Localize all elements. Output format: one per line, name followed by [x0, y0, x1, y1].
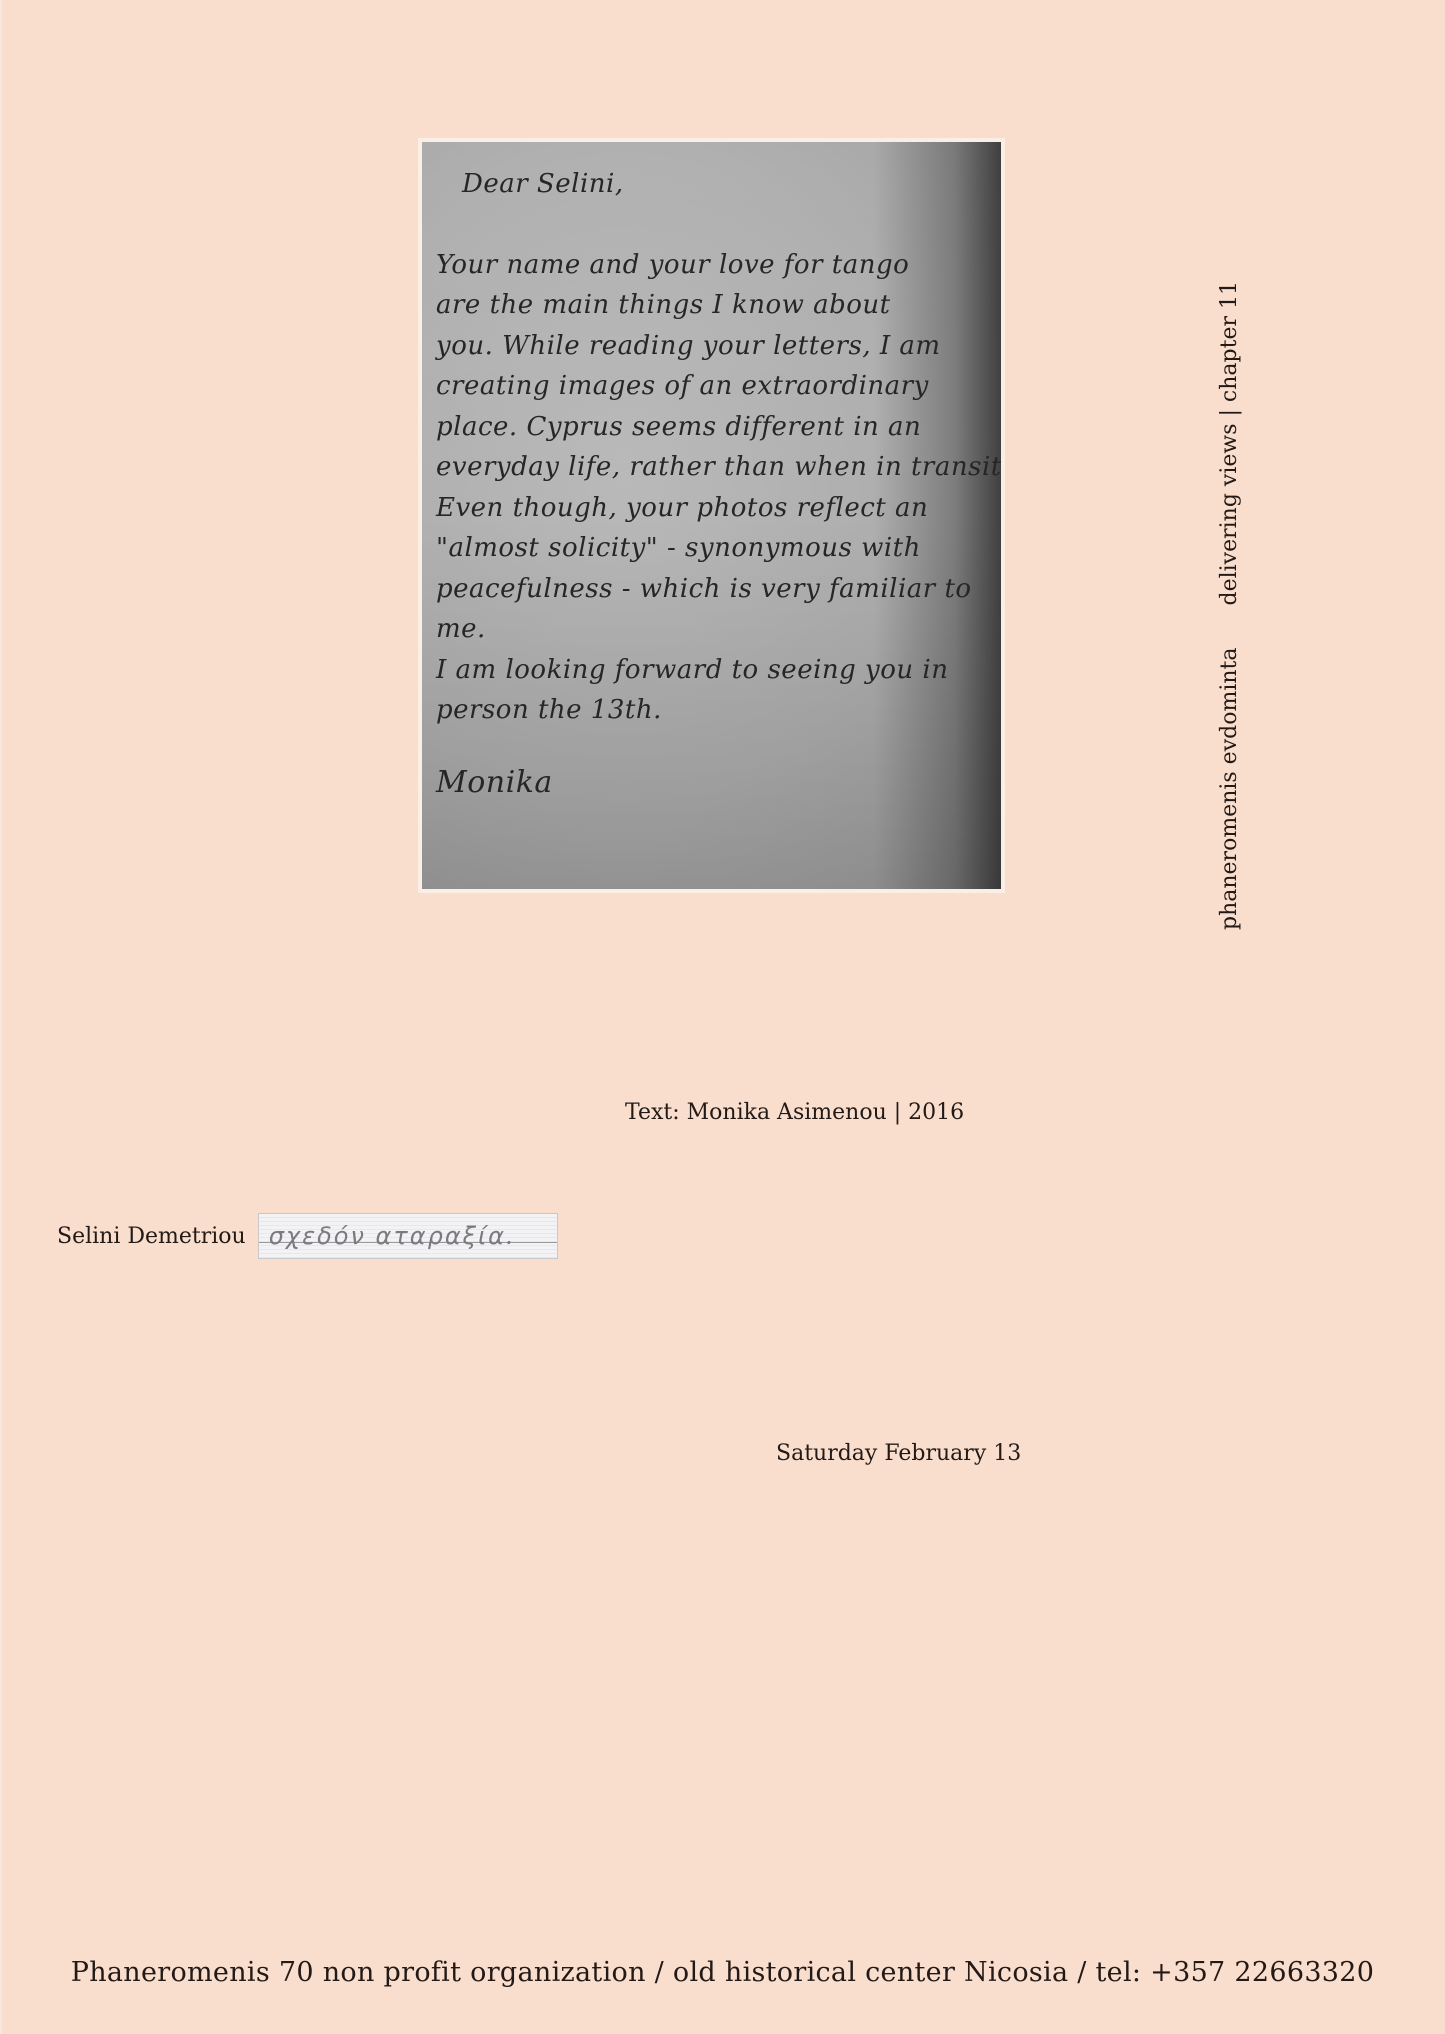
running-head: phaneromenis evdominta delivering views …	[1213, 280, 1253, 930]
letter-salutation: Dear Selini,	[462, 164, 1001, 205]
letter-line: are the main things I know about	[436, 285, 1001, 326]
letter-line: place. Cyprus seems different in an	[436, 407, 1001, 448]
letter-line: me.	[436, 609, 1001, 650]
event-date: Saturday February 13	[776, 1441, 1021, 1466]
letter-line: you. While reading your letters, I am	[436, 326, 1001, 367]
letter-line: Your name and your love for tango	[436, 245, 1001, 286]
letter-signature: Monika	[436, 763, 1001, 804]
letter-line: "almost solicity" - synonymous with	[436, 528, 1001, 569]
letter-line: person the 13th.	[436, 690, 1001, 731]
footer-contact: Phaneromenis 70 non profit organization …	[0, 1957, 1445, 1988]
text-credit: Text: Monika Asimenou | 2016	[625, 1100, 964, 1125]
author-row: Selini Demetriou σχεδόν αταραξία.	[57, 1213, 558, 1259]
running-head-publication: phaneromenis evdominta	[1217, 648, 1242, 931]
letter-photo: Dear Selini, Your name and your love for…	[418, 138, 1005, 893]
author-name: Selini Demetriou	[57, 1224, 246, 1249]
handwritten-greek-clip: σχεδόν αταραξία.	[258, 1213, 558, 1259]
letter-line: Even though, your photos reflect an	[436, 488, 1001, 529]
letter-photo-image: Dear Selini, Your name and your love for…	[422, 142, 1001, 889]
letter-line: peacefulness - which is very familiar to	[436, 569, 1001, 610]
running-head-section: delivering views | chapter 11	[1217, 281, 1242, 605]
letter-line: everyday life, rather than when in trans…	[436, 447, 1001, 488]
letter-line: creating images of an extraordinary	[436, 366, 1001, 407]
page-edge	[0, 0, 2, 2034]
letter-line: I am looking forward to seeing you in	[436, 650, 1001, 691]
handwritten-letter: Dear Selini, Your name and your love for…	[436, 164, 1001, 803]
